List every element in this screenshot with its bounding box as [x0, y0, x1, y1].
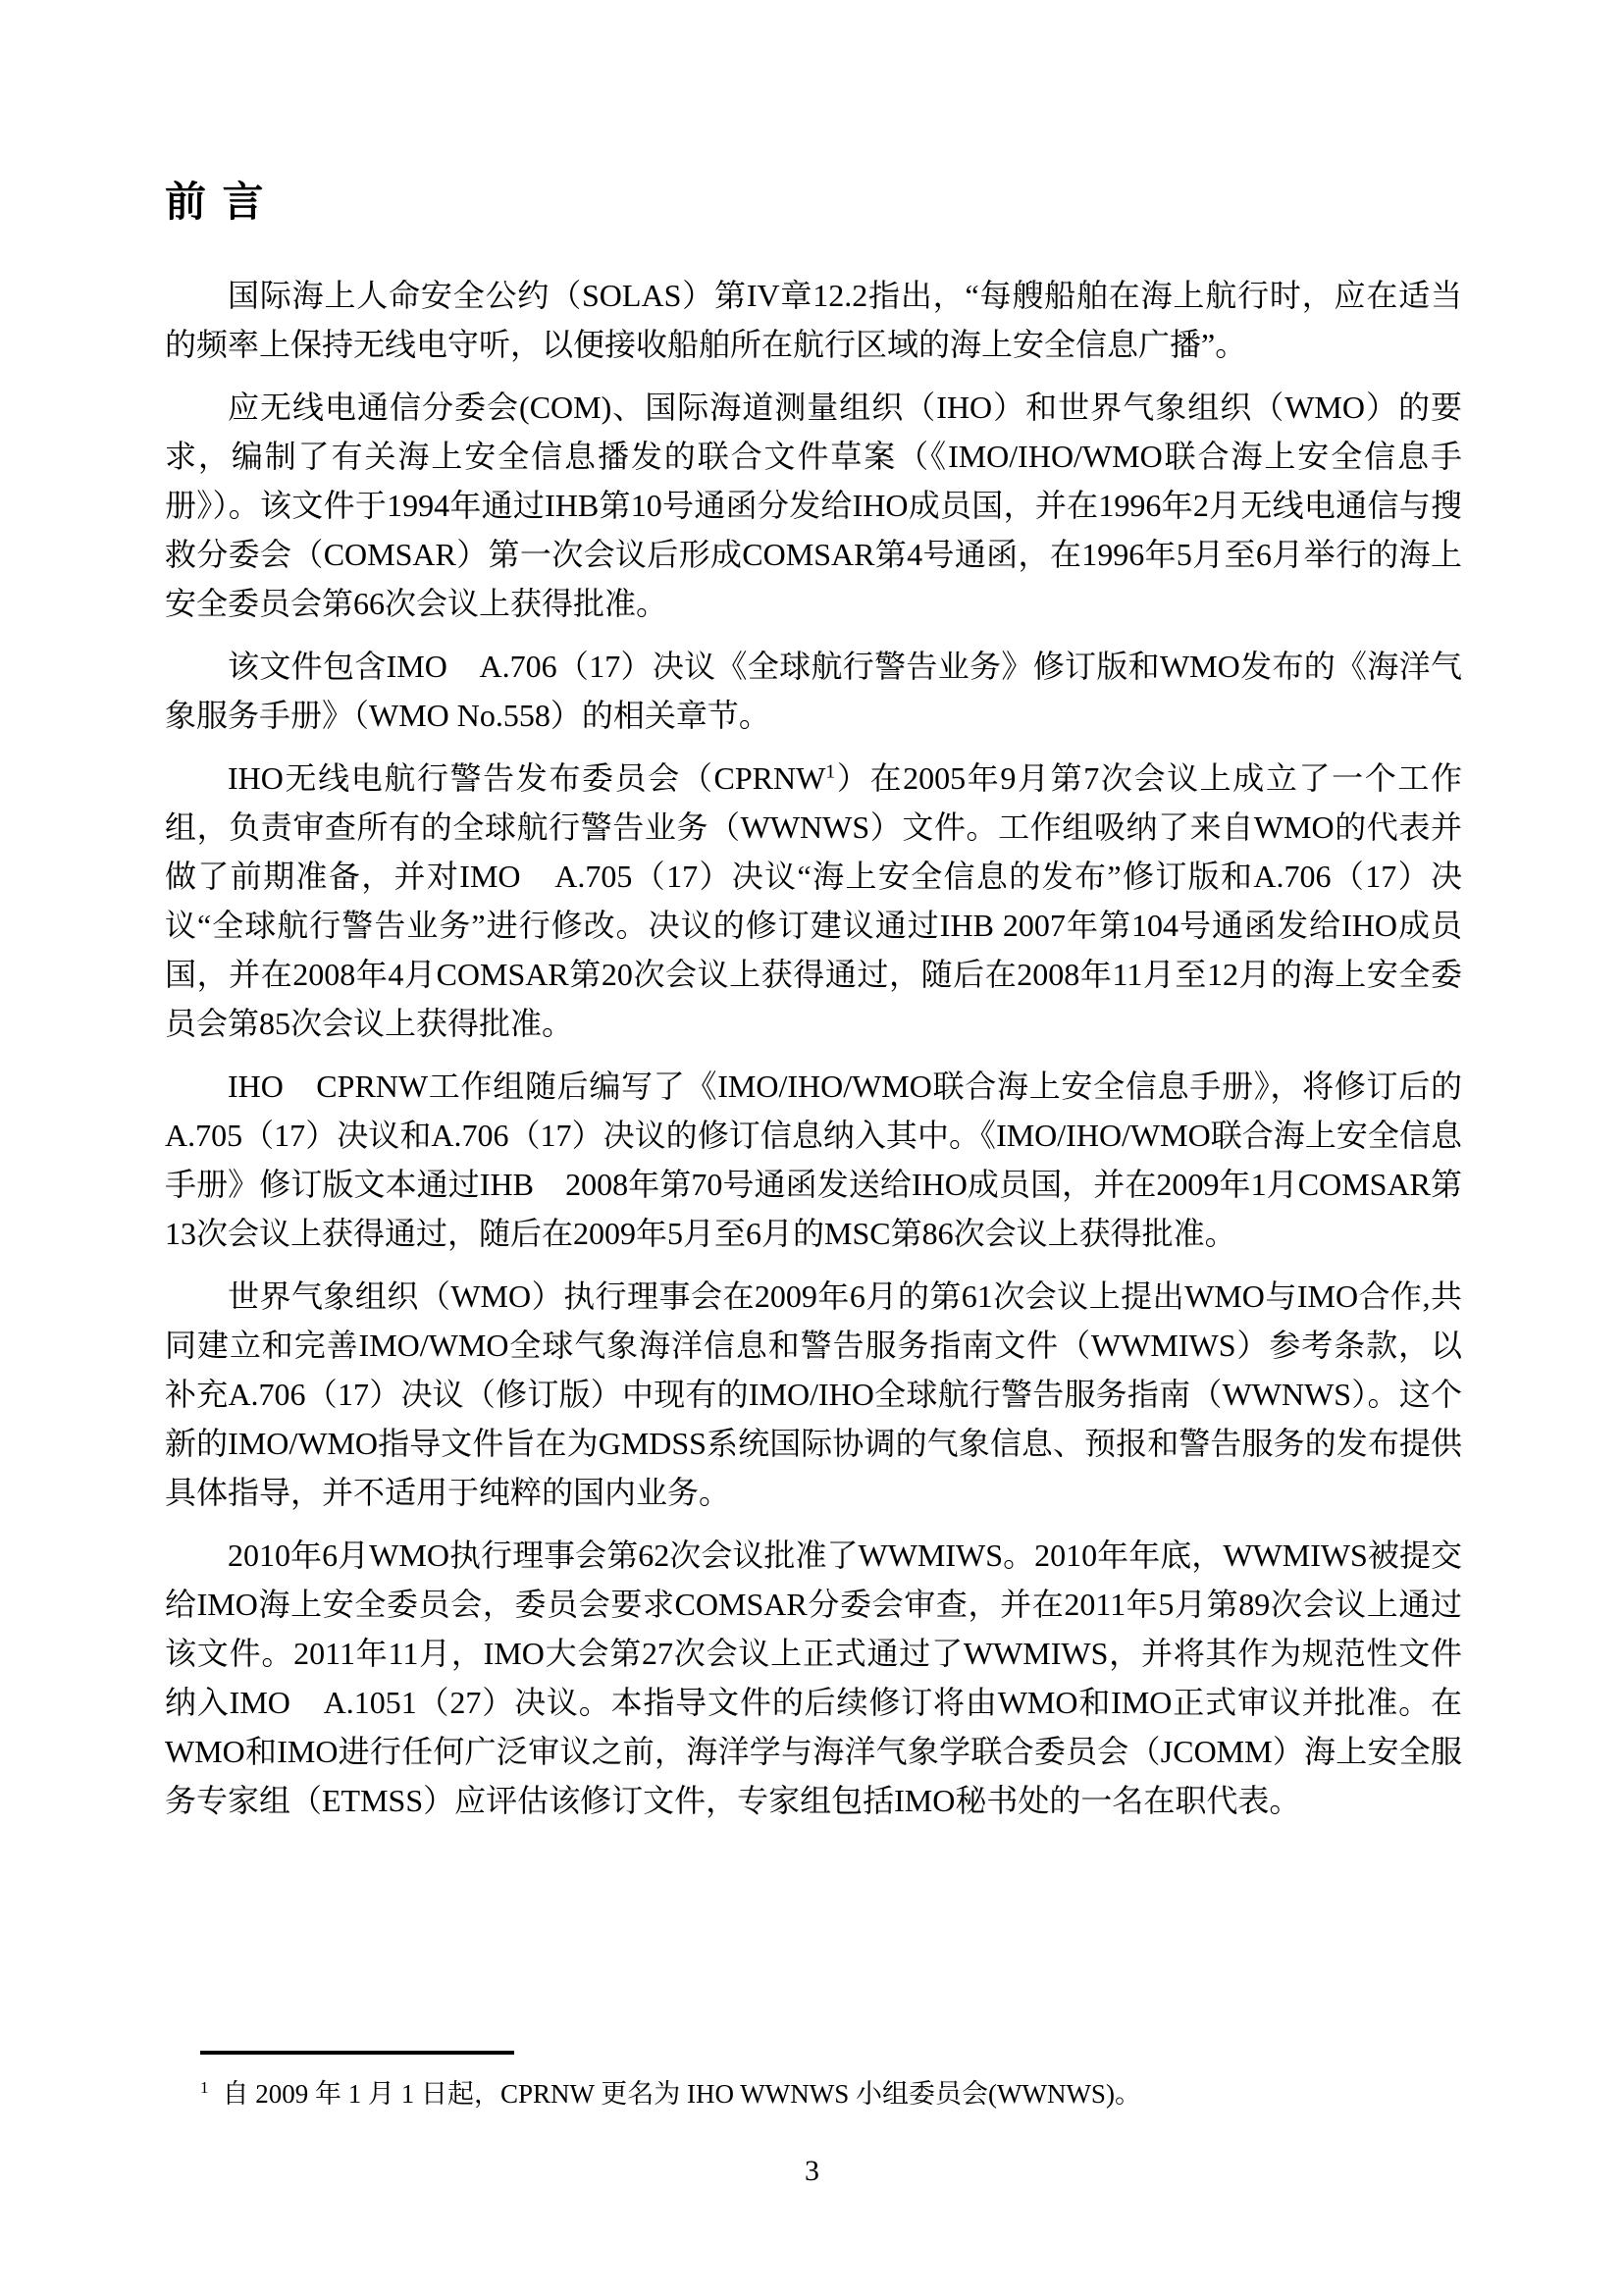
document-page: 前 言 国际海上人命安全公约（SOLAS）第IV章12.2指出，“每艘船舶在海上…	[0, 0, 1624, 2295]
paragraph-7: 2010年6月WMO执行理事会第62次会议批准了WWMIWS。2010年年底，W…	[165, 1531, 1462, 1825]
footnote-marker: 1	[200, 2078, 209, 2097]
paragraph-4-text-after-footnote-ref: ）在2005年9月第7次会议上成立了一个工作组，负责审查所有的全球航行警告业务（…	[165, 760, 1462, 1041]
page-number: 3	[0, 2155, 1624, 2188]
paragraph-2: 应无线电通信分委会(COM)、国际海道测量组织（IHO）和世界气象组织（WMO）…	[165, 383, 1462, 628]
footnote: 1自 2009 年 1 月 1 日起，CPRNW 更名为 IHO WWNWS 小…	[200, 2070, 1462, 2112]
footnote-text: 自 2009 年 1 月 1 日起，CPRNW 更名为 IHO WWNWS 小组…	[223, 2079, 1141, 2109]
paragraph-6: 世界气象组织（WMO）执行理事会在2009年6月的第61次会议上提出WMO与IM…	[165, 1272, 1462, 1517]
page-title: 前 言	[165, 179, 1462, 228]
footnote-separator	[200, 2051, 514, 2055]
footnote-reference-marker: 1	[825, 761, 835, 783]
paragraph-5: IHO CPRNW工作组随后编写了《IMO/IHO/WMO联合海上安全信息手册》…	[165, 1062, 1462, 1258]
paragraph-4: IHO无线电航行警告发布委员会（CPRNW1）在2005年9月第7次会议上成立了…	[165, 754, 1462, 1048]
document-body: 前 言 国际海上人命安全公约（SOLAS）第IV章12.2指出，“每艘船舶在海上…	[165, 179, 1462, 1839]
paragraph-1: 国际海上人命安全公约（SOLAS）第IV章12.2指出，“每艘船舶在海上航行时，…	[165, 271, 1462, 369]
footnote-section: 1自 2009 年 1 月 1 日起，CPRNW 更名为 IHO WWNWS 小…	[165, 2051, 1462, 2112]
paragraph-4-text-before-footnote-ref: IHO无线电航行警告发布委员会（CPRNW	[228, 760, 825, 796]
paragraph-3: 该文件包含IMO A.706（17）决议《全球航行警告业务》修订版和WMO发布的…	[165, 642, 1462, 740]
